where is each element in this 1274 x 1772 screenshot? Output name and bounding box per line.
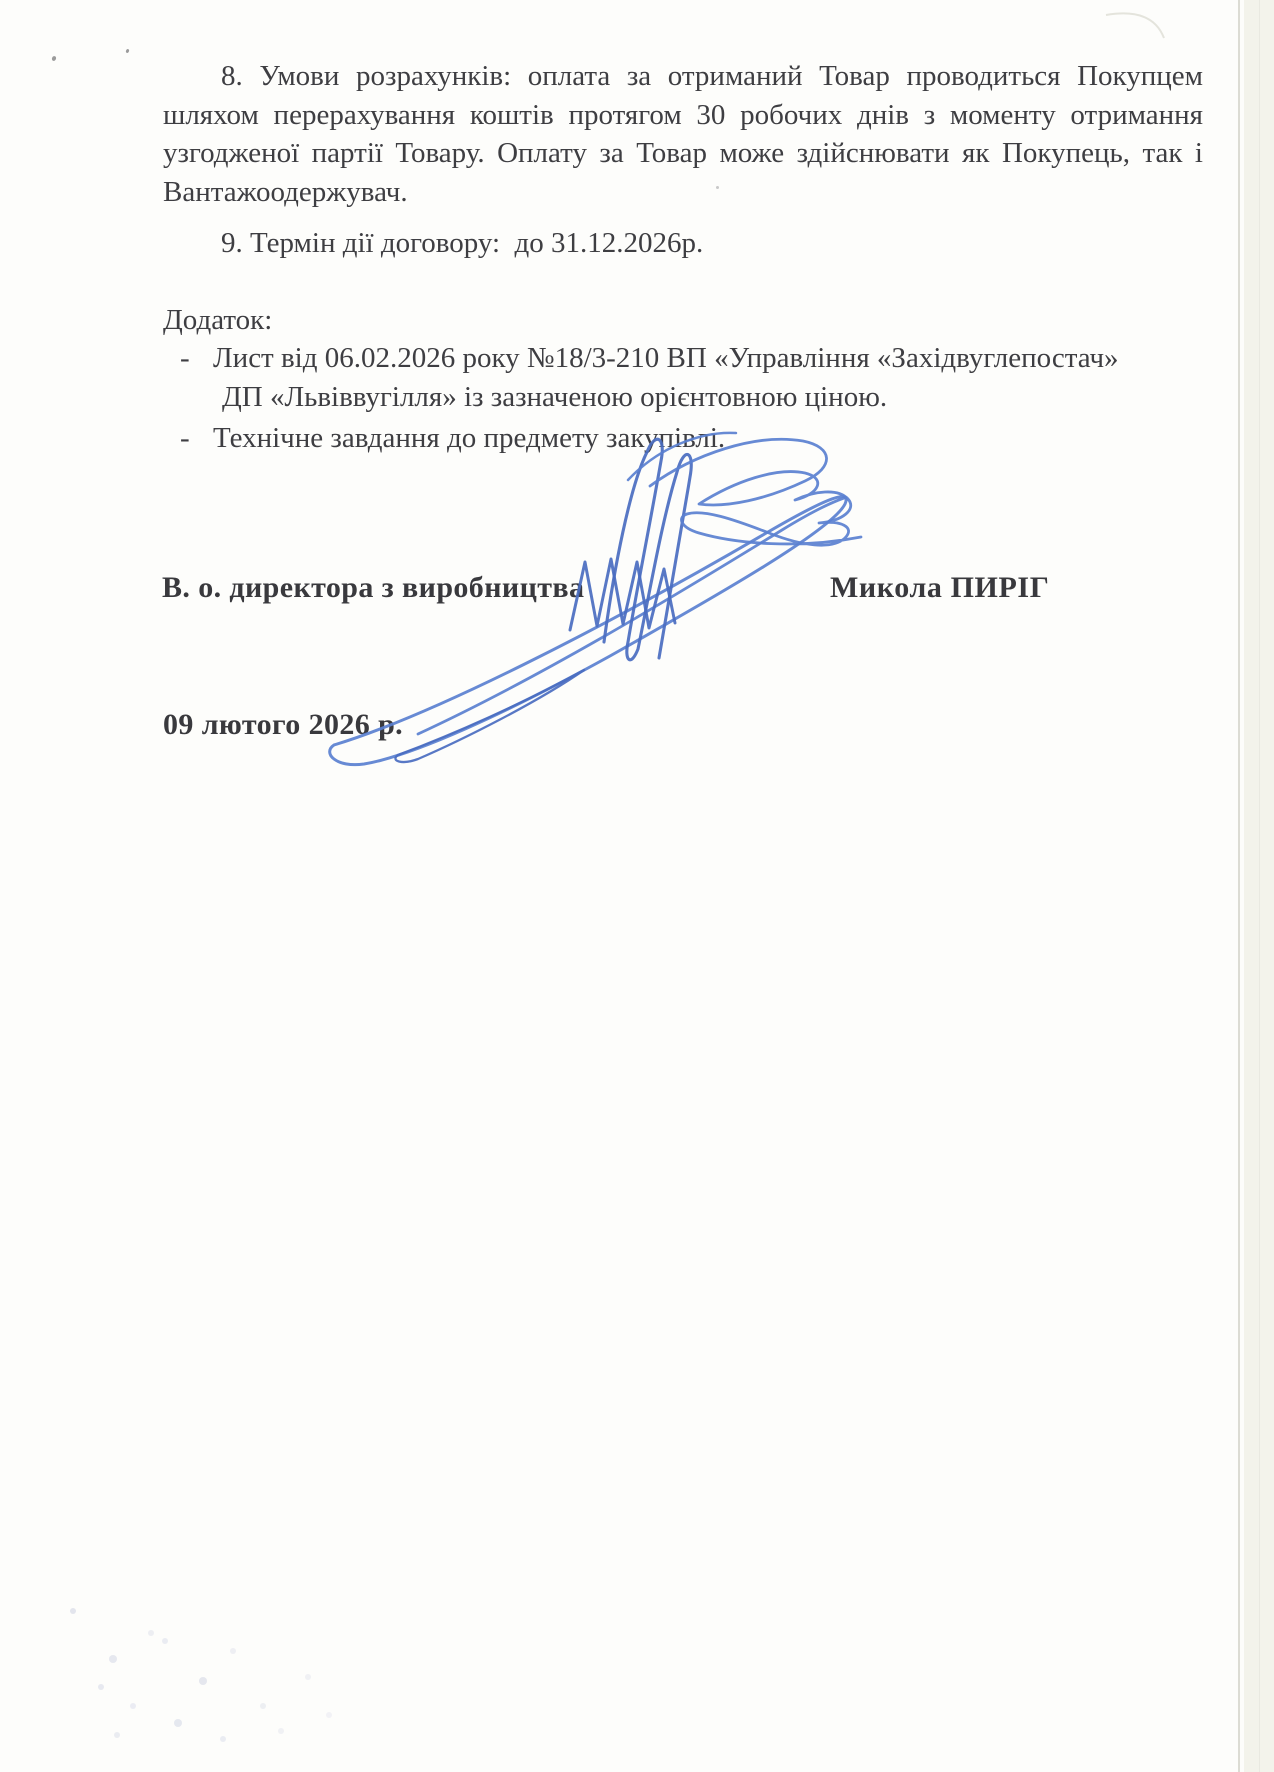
attachments-heading: Додаток: xyxy=(163,301,763,340)
signatory-title: В. о. директора з виробництва xyxy=(162,569,584,608)
scan-noise-patch xyxy=(70,1608,76,1614)
scan-speck xyxy=(125,49,129,54)
attachment-item-line: ДП «Львіввугілля» із зазначеною орієнтов… xyxy=(213,378,1205,417)
attachment-item-technical-task: - Технічне завдання до предмету закупівл… xyxy=(180,419,1205,458)
scan-edge-line xyxy=(1238,0,1240,1772)
signatory-name: Микола ПИРІГ xyxy=(830,569,1049,608)
scanned-contract-page: 8. Умови розрахунків: оплата за отримани… xyxy=(0,0,1274,1772)
attachment-item-letter: - Лист від 06.02.2026 року №18/3-210 ВП … xyxy=(180,339,1205,417)
scan-edge-line-faint xyxy=(1259,0,1260,1772)
attachment-item-line: Лист від 06.02.2026 року №18/3-210 ВП «У… xyxy=(213,339,1205,378)
clause-8-payment-terms: 8. Умови розрахунків: оплата за отримани… xyxy=(163,57,1203,211)
clause-9-contract-term: 9. Термін дії договору: до 31.12.2026р. xyxy=(163,224,1203,263)
page-corner-arc xyxy=(0,0,1274,60)
date-line: 09 лютого 2026 р. xyxy=(163,706,403,745)
list-dash: - xyxy=(180,419,213,458)
list-dash: - xyxy=(180,339,213,417)
scan-speck xyxy=(51,55,57,61)
attachment-item-line: Технічне завдання до предмету закупівлі. xyxy=(213,419,1205,458)
